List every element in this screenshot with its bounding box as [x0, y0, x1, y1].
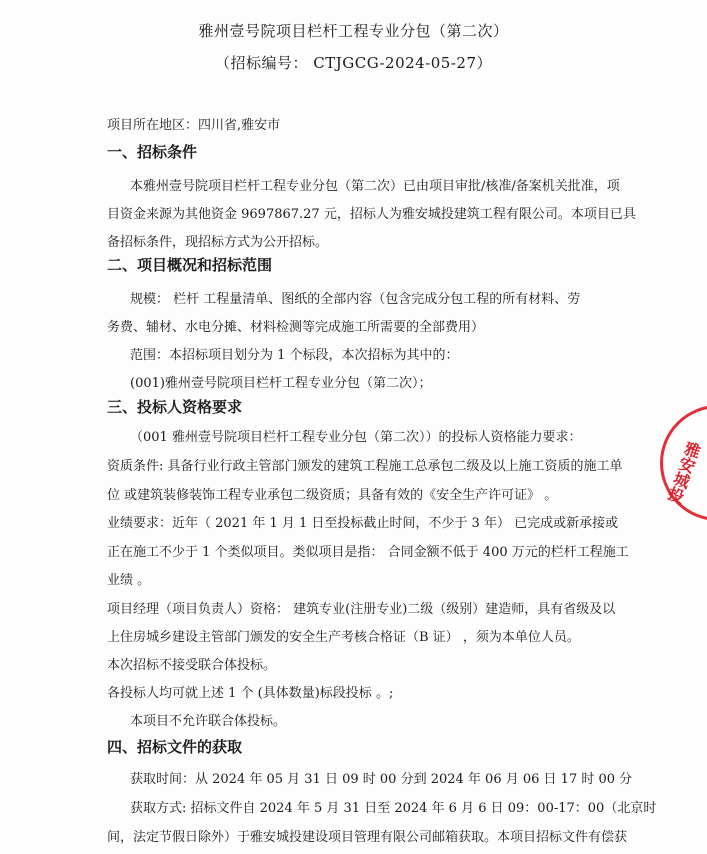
bid-number: （招标编号： CTJGCG-2024-05-27） [0, 52, 707, 73]
paragraph-line: 备招标条件，现招标方式为公开招标。 [107, 231, 328, 250]
paragraph-line: 本项目不允许联合体投标。 [130, 710, 286, 729]
paragraph-line: 务费、辅材、水电分摊、材料检测等完成施工所需要的全部费用） [107, 316, 484, 335]
paragraph-line: 获取时间：从 2024 年 05 月 31 日 09 时 00 分到 2024 … [130, 768, 632, 787]
paragraph-line: 本次招标不接受联合体投标。 [107, 654, 276, 673]
paragraph-line: 项目经理（项目负责人）资格： 建筑专业(注册专业)二级（级别）建造师，具有省级及… [107, 598, 615, 617]
paragraph-line: 目资金来源为其他资金 9697867.27 元，招标人为雅安城投建筑工程有限公司… [107, 203, 636, 222]
paragraph-line: (001)雅州壹号院项目栏杆工程专业分包（第二次）； [130, 372, 431, 391]
paragraph-line: 业绩 。 [107, 569, 150, 588]
paragraph-line: 正在施工不少于 1 个类似项目。类似项目是指： 合同金额不低于 400 万元的栏… [107, 541, 629, 560]
project-location: 项目所在地区：四川省,雅安市 [107, 114, 280, 133]
paragraph-line: 范围：本招标项目划分为 1 个标段，本次招标为其中的： [130, 344, 459, 363]
paragraph-line: 各投标人均可就上述 1 个 (具体数量)标段投标 。; [107, 682, 393, 701]
paragraph-line: 业绩要求：近年（ 2021 年 1 月 1 日至投标截止时间，不少于 3 年） … [107, 512, 618, 531]
paragraph-line: 获取方式: 招标文件自 2024 年 5 月 31 日至 2024 年 6 月 … [130, 797, 656, 816]
section-heading-3: 三、投标人资格要求 [107, 396, 242, 417]
section-heading-1: 一、招标条件 [107, 141, 197, 162]
paragraph-line: （001 雅州壹号院项目栏杆工程专业分包（第二次））的投标人资格能力要求： [130, 426, 581, 445]
paragraph-line: 上住房城乡建设主管部门颁发的安全生产考核合格证（B 证） ，须为本单位人员。 [107, 626, 580, 645]
paragraph-line: 规模： 栏杆 工程量清单、图纸的全部内容（包含完成分包工程的所有材料、劳 [130, 288, 580, 307]
section-heading-2: 二、项目概况和招标范围 [107, 254, 272, 275]
paragraph-line: 位 或建筑装修装饰工程专业承包二级资质；具备有效的《安全生产许可证》 。 [107, 484, 557, 503]
paragraph-line: 间，法定节假日除外）于雅安城投建设项目管理有限公司邮箱获取。本项目招标文件有偿获 [107, 826, 627, 845]
document-title: 雅州壹号院项目栏杆工程专业分包（第二次） [0, 20, 707, 41]
paragraph-line: 资质条件: 具备行业行政主管部门颁发的建筑工程施工总承包二级及以上施工资质的施工… [107, 455, 623, 474]
paragraph-line: 本雅州壹号院项目栏杆工程专业分包（第二次）已由项目审批/核准/备案机关批准，项 [130, 175, 620, 194]
section-heading-4: 四、招标文件的获取 [107, 736, 242, 757]
